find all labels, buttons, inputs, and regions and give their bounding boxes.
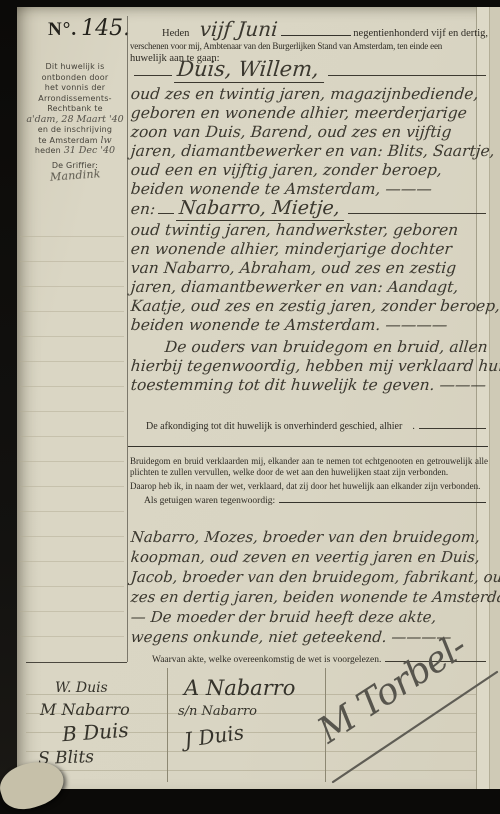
hand-dash: [134, 75, 172, 76]
signature-column-line: [167, 668, 168, 782]
signature-bride-father: A Nabarro: [184, 676, 295, 700]
printed-declaration: Bruidegom en bruid verklaarden mij, elka…: [130, 456, 488, 506]
handwritten-line: jaren, diamantbewerker en van: Blits, Sa…: [130, 142, 490, 161]
afkondiging-text: De afkondiging tot dit huwelijk is onver…: [146, 421, 402, 432]
parents-consent: De ouders van bruidegom en bruid, allen …: [130, 338, 488, 395]
printed-year: negentienhonderd vijf en dertig,: [353, 28, 488, 39]
stamp-line: ontbonden door: [22, 73, 128, 84]
hand-dash: [348, 213, 486, 214]
handwritten-line: Jacob, broeder van den bruidegom, fabrik…: [130, 567, 490, 587]
handwritten-line: koopman, oud zeven en veertig jaren en D…: [130, 547, 490, 567]
griffier-signature: Mandink: [49, 169, 100, 183]
bride-name: Nabarro, Mietje,: [176, 197, 346, 221]
handwritten-line: oud twintig jaren, handwerkster, geboren: [130, 221, 490, 240]
act-number: N°. 145.: [48, 16, 130, 41]
handwritten-line: jaren, diamantbewerker en van: Aandagt,: [130, 278, 490, 297]
act-number-prefix: N°.: [48, 19, 77, 40]
handwritten-line: Kaatje, oud zes en zestig jaren, zonder …: [130, 297, 490, 316]
afkondiging-dot: .: [412, 421, 415, 432]
handwritten-line: zoon van Duis, Barend, oud zes en vijfti…: [130, 123, 490, 142]
hand-dash: [419, 428, 486, 429]
handwritten-line: beiden wonende te Amsterdam. ————: [130, 316, 490, 335]
witnesses-details: Nabarro, Mozes, broeder van den bruidego…: [130, 527, 488, 647]
stamp-handwritten-mark: lw: [101, 135, 112, 146]
section-divider: [128, 446, 488, 447]
handwritten-line: zes en dertig jaren, beiden wonende te A…: [130, 587, 490, 607]
act-number-value: 145.: [81, 16, 130, 41]
stamp-line: Dit huwelijk is: [22, 62, 128, 73]
margin-bottom-line: [26, 662, 127, 663]
hand-dash: [328, 75, 486, 76]
bride-prefix: en:: [130, 200, 156, 219]
signature-groom-father: B Duis: [61, 718, 129, 747]
handwritten-line: — De moeder der bruid heeft deze akte,: [130, 607, 490, 627]
heden-label: Heden: [162, 28, 189, 39]
handwritten-line: geboren en wonende alhier, meerderjarige: [130, 104, 490, 123]
handwritten-line: hierbij tegenwoordig, hebben mij verklaa…: [130, 357, 490, 376]
stamp-line: Rechtbank te: [22, 104, 128, 115]
witnesses-label: Als getuigen waren tegenwoordig:: [144, 496, 275, 506]
handwritten-date: vijf Juni: [199, 20, 278, 38]
stamp-line: en de inschrijving: [22, 125, 128, 136]
divorce-stamp: Dit huwelijk is ontbonden door het vonni…: [22, 62, 128, 183]
margin-ruled-lines: [20, 212, 124, 658]
groom-name: Duis, Willem,: [174, 57, 326, 83]
document-page: N°. 145. Dit huwelijk is ontbonden door …: [0, 0, 500, 814]
blank-line: [279, 502, 486, 503]
declaration-paragraph-2: Daarop heb ik, in naam der wet, verklaar…: [130, 481, 488, 492]
handwritten-line: Nabarro, Mozes, broeder van den bruidego…: [130, 527, 490, 547]
stamp-handwritten-court-date: a'dam, 28 Maart '40: [22, 115, 128, 126]
stamp-line: Arrondissements-: [22, 94, 128, 105]
groom-details: oud zes en twintig jaren, magazijnbedien…: [130, 85, 488, 199]
handwritten-line: oud zes en twintig jaren, magazijnbedien…: [130, 85, 490, 104]
signature-witness-nabarro: s/n Nabarro: [178, 704, 257, 719]
afkondiging-row: De afkondiging tot dit huwelijk is onver…: [130, 421, 488, 432]
signature-bride: M Nabarro: [40, 700, 130, 719]
signature-groom: W. Duis: [55, 680, 108, 696]
stamp-line: heden 31 Dec '40: [22, 146, 128, 157]
scan-border-top: [0, 0, 500, 7]
bride-name-row: en: Nabarro, Mietje,: [130, 197, 488, 221]
declaration-paragraph-1: Bruidegom en bruid verklaarden mij, elka…: [130, 456, 488, 478]
groom-name-row: Duis, Willem,: [130, 57, 488, 83]
stamp-handwritten-registration-date: 31 Dec '40: [64, 145, 115, 156]
handwritten-line: toestemming tot dit huwelijk te geven. —…: [130, 376, 490, 395]
blank-line: [281, 35, 351, 36]
margin-separator-line: [127, 16, 128, 662]
bride-details: oud twintig jaren, handwerkster, geboren…: [130, 221, 488, 335]
handwritten-line: en wonende alhier, minderjarige dochter: [130, 240, 490, 259]
header-line2: verschenen voor mij, Ambtenaar van den B…: [130, 41, 488, 51]
scan-border-left: [0, 0, 17, 789]
handwritten-line: van Nabarro, Abraham, oud zes en zestig: [130, 259, 490, 278]
hand-dash: [158, 213, 174, 214]
handwritten-line: De ouders van bruidegom en bruid, allen: [130, 338, 490, 357]
handwritten-line: oud een en vijftig jaren, zonder beroep,: [130, 161, 490, 180]
scan-border-bottom: [0, 789, 500, 814]
stamp-line: het vonnis der: [22, 83, 128, 94]
